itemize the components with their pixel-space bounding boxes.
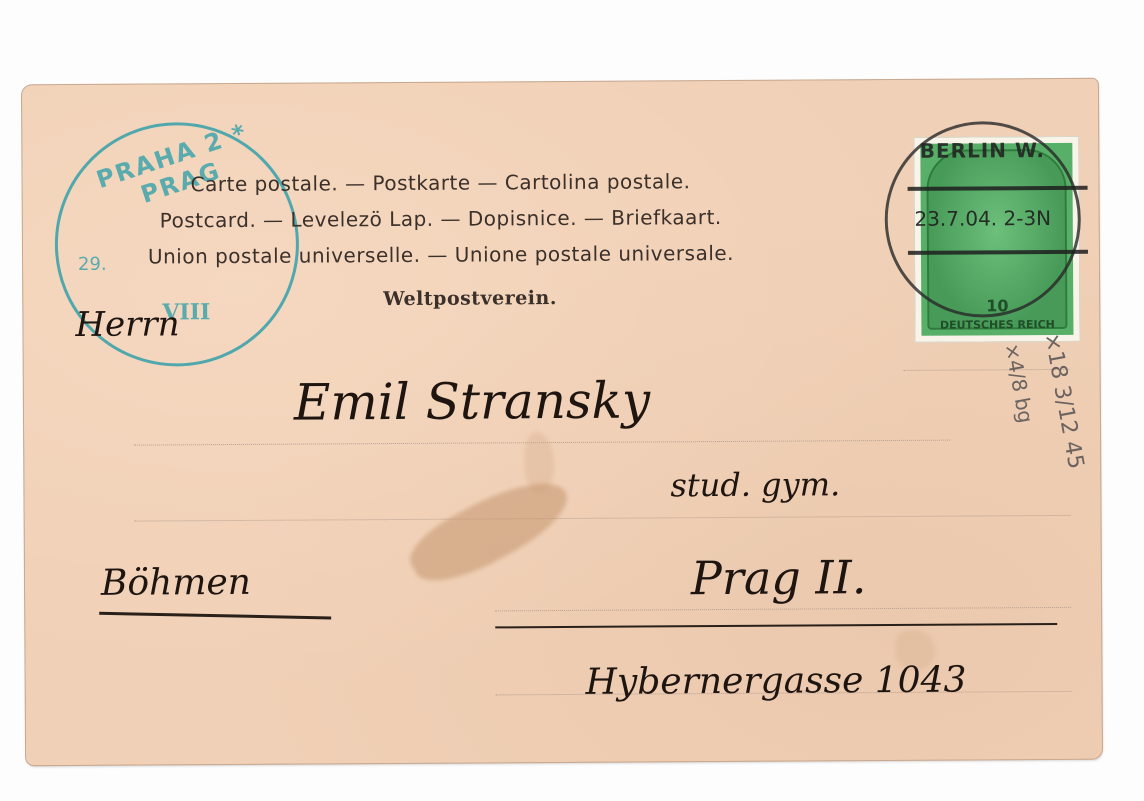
address-underline <box>495 623 1057 628</box>
recipient-name: Emil Stransky <box>294 371 651 431</box>
postmark-bar <box>908 186 1088 191</box>
berlin-postmark: BERLIN W. 23.7.04. 2-3N <box>884 121 1081 318</box>
recipient-title: stud. gym. <box>670 465 840 504</box>
recipient-region: Böhmen <box>101 562 251 604</box>
postmark-bar <box>908 250 1088 255</box>
recipient-street: Hybernergasse 1043 <box>585 660 966 703</box>
stain <box>524 432 554 492</box>
stamp-country: DEUTSCHES REICH <box>921 318 1073 332</box>
pencil-note: ×18 3/12 45 <box>1039 331 1088 471</box>
address-dotted-line <box>135 515 1071 522</box>
salutation: Herrn <box>75 304 179 345</box>
berlin-postmark-datetime: 23.7.04. 2-3N <box>888 206 1078 231</box>
header-weltpostverein: Weltpostverein. <box>383 287 557 310</box>
pencil-note: ×4/8 bg <box>1000 341 1038 425</box>
recipient-city: Prag II. <box>691 550 867 605</box>
address-dotted-line <box>495 607 1071 612</box>
header-line-3: Union postale universelle. — Unione post… <box>0 239 979 270</box>
berlin-postmark-city: BERLIN W. <box>887 138 1077 163</box>
stain <box>401 464 579 598</box>
header-line-1: Carte postale. — Postkarte — Cartolina p… <box>0 167 979 198</box>
region-underline <box>99 612 331 620</box>
postcard: PRAHA 2 * PRAG 29. VIII Carte postale. —… <box>22 79 1102 766</box>
header-line-2: Postcard. — Levelezö Lap. — Dopisnice. —… <box>0 203 979 234</box>
